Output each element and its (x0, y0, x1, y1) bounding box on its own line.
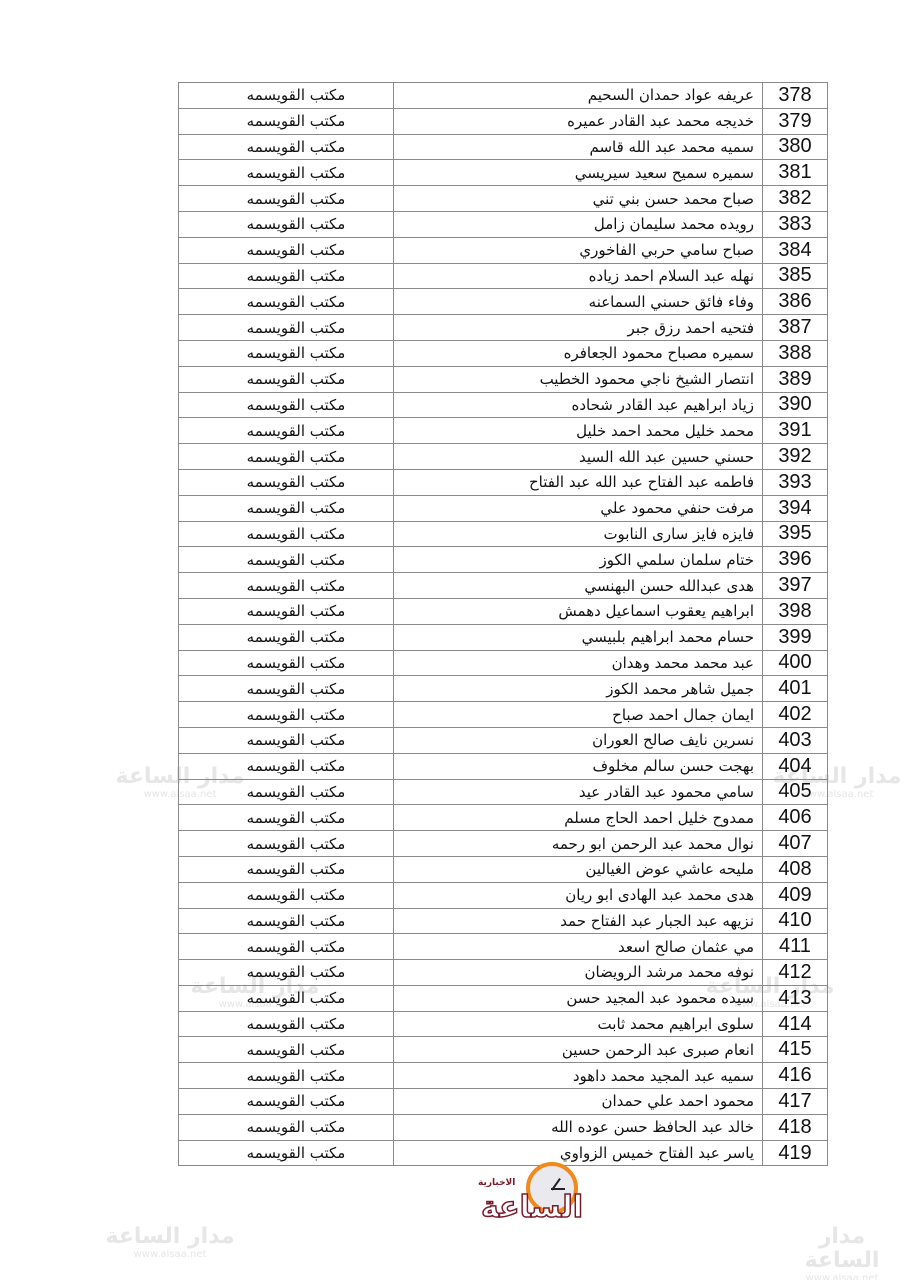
table-row: 396ختام سلمان سلمي الكوزمكتب القويسمه (179, 547, 828, 573)
office-name: مكتب القويسمه (179, 702, 394, 728)
office-name: مكتب القويسمه (179, 392, 394, 418)
table-row: 382صباح محمد حسن بني تنيمكتب القويسمه (179, 186, 828, 212)
office-name: مكتب القويسمه (179, 1089, 394, 1115)
office-name: مكتب القويسمه (179, 1011, 394, 1037)
table-row: 415انعام صبرى عبد الرحمن حسينمكتب القويس… (179, 1037, 828, 1063)
office-name: مكتب القويسمه (179, 727, 394, 753)
person-name: هدى عبدالله حسن البهنسي (394, 573, 763, 599)
row-number: 402 (763, 702, 828, 728)
row-number: 407 (763, 831, 828, 857)
office-name: مكتب القويسمه (179, 186, 394, 212)
table-row: 380سميه محمد عبد الله قاسممكتب القويسمه (179, 134, 828, 160)
row-number: 393 (763, 469, 828, 495)
table-row: 389انتصار الشيخ ناجي محمود الخطيبمكتب ال… (179, 366, 828, 392)
names-table: 378عريفه عواد حمدان السحيممكتب القويسمه3… (178, 82, 828, 1166)
office-name: مكتب القويسمه (179, 831, 394, 857)
row-number: 411 (763, 934, 828, 960)
row-number: 381 (763, 160, 828, 186)
table-row: 402ايمان جمال احمد صباحمكتب القويسمه (179, 702, 828, 728)
table-row: 403نسرين نايف صالح العورانمكتب القويسمه (179, 727, 828, 753)
office-name: مكتب القويسمه (179, 134, 394, 160)
person-name: انتصار الشيخ ناجي محمود الخطيب (394, 366, 763, 392)
site-logo: الاخبارية الساعة (472, 1160, 592, 1250)
office-name: مكتب القويسمه (179, 779, 394, 805)
row-number: 415 (763, 1037, 828, 1063)
office-name: مكتب القويسمه (179, 882, 394, 908)
row-number: 401 (763, 676, 828, 702)
person-name: خالد عبد الحافظ حسن عوده الله (394, 1114, 763, 1140)
row-number: 419 (763, 1140, 828, 1166)
table-row: 405سامي محمود عبد القادر عيدمكتب القويسم… (179, 779, 828, 805)
row-number: 379 (763, 108, 828, 134)
person-name: نوفه محمد مرشد الرويضان (394, 960, 763, 986)
table-row: 388سميره مصباح محمود الجعافرهمكتب القويس… (179, 340, 828, 366)
row-number: 388 (763, 340, 828, 366)
row-number: 378 (763, 83, 828, 109)
person-name: حسني حسين عبد الله السيد (394, 444, 763, 470)
office-name: مكتب القويسمه (179, 289, 394, 315)
row-number: 382 (763, 186, 828, 212)
person-name: محمد خليل محمد احمد خليل (394, 418, 763, 444)
row-number: 391 (763, 418, 828, 444)
office-name: مكتب القويسمه (179, 856, 394, 882)
row-number: 410 (763, 908, 828, 934)
row-number: 409 (763, 882, 828, 908)
row-number: 394 (763, 495, 828, 521)
table-row: 413سيده محمود عبد المجيد حسنمكتب القويسم… (179, 985, 828, 1011)
table-row: 408مليحه عاشي عوض الغيالينمكتب القويسمه (179, 856, 828, 882)
table-row: 401جميل شاهر محمد الكوزمكتب القويسمه (179, 676, 828, 702)
table-row: 383رويده محمد سليمان زاملمكتب القويسمه (179, 211, 828, 237)
table-row: 394مرفت حنفي محمود عليمكتب القويسمه (179, 495, 828, 521)
person-name: صباح سامي حربي الفاخوري (394, 237, 763, 263)
row-number: 380 (763, 134, 828, 160)
row-number: 418 (763, 1114, 828, 1140)
row-number: 408 (763, 856, 828, 882)
row-number: 416 (763, 1063, 828, 1089)
person-name: نهله عبد السلام احمد زياده (394, 263, 763, 289)
office-name: مكتب القويسمه (179, 366, 394, 392)
watermark-bottom-right: مدار الساعة www.alsaa.net (780, 1225, 904, 1280)
office-name: مكتب القويسمه (179, 1063, 394, 1089)
table-row: 412نوفه محمد مرشد الرويضانمكتب القويسمه (179, 960, 828, 986)
office-name: مكتب القويسمه (179, 263, 394, 289)
office-name: مكتب القويسمه (179, 108, 394, 134)
table-row: 381سميره سميح سعيد سيريسيمكتب القويسمه (179, 160, 828, 186)
row-number: 384 (763, 237, 828, 263)
table-row: 385نهله عبد السلام احمد زيادهمكتب القويس… (179, 263, 828, 289)
office-name: مكتب القويسمه (179, 960, 394, 986)
office-name: مكتب القويسمه (179, 805, 394, 831)
row-number: 387 (763, 315, 828, 341)
row-number: 399 (763, 624, 828, 650)
table-row: 384صباح سامي حربي الفاخوريمكتب القويسمه (179, 237, 828, 263)
row-number: 390 (763, 392, 828, 418)
person-name: عريفه عواد حمدان السحيم (394, 83, 763, 109)
row-number: 417 (763, 1089, 828, 1115)
office-name: مكتب القويسمه (179, 237, 394, 263)
office-name: مكتب القويسمه (179, 444, 394, 470)
table-row: 404بهجت حسن سالم مخلوفمكتب القويسمه (179, 753, 828, 779)
row-number: 395 (763, 521, 828, 547)
person-name: زياد ابراهيم عبد القادر شحاده (394, 392, 763, 418)
person-name: محمود احمد علي حمدان (394, 1089, 763, 1115)
person-name: فايزه فايز سارى النابوت (394, 521, 763, 547)
person-name: فاطمه عبد الفتاح عبد الله عبد الفتاح (394, 469, 763, 495)
table-row: 400عبد محمد محمد وهدانمكتب القويسمه (179, 650, 828, 676)
person-name: مرفت حنفي محمود علي (394, 495, 763, 521)
table-row: 418خالد عبد الحافظ حسن عوده اللهمكتب الق… (179, 1114, 828, 1140)
person-name: مي عثمان صالح اسعد (394, 934, 763, 960)
person-name: ايمان جمال احمد صباح (394, 702, 763, 728)
person-name: هدى محمد عبد الهادى ابو ريان (394, 882, 763, 908)
table-row: 416سميه عبد المجيد محمد داهودمكتب القويس… (179, 1063, 828, 1089)
table-row: 392حسني حسين عبد الله السيدمكتب القويسمه (179, 444, 828, 470)
person-name: ممدوح خليل احمد الحاج مسلم (394, 805, 763, 831)
person-name: سميه محمد عبد الله قاسم (394, 134, 763, 160)
person-name: فتحيه احمد رزق جبر (394, 315, 763, 341)
office-name: مكتب القويسمه (179, 547, 394, 573)
logo-brand: الساعة (472, 1190, 592, 1225)
person-name: سامي محمود عبد القادر عيد (394, 779, 763, 805)
office-name: مكتب القويسمه (179, 985, 394, 1011)
person-name: سميره سميح سعيد سيريسي (394, 160, 763, 186)
row-number: 396 (763, 547, 828, 573)
person-name: ابراهيم يعقوب اسماعيل دهمش (394, 598, 763, 624)
office-name: مكتب القويسمه (179, 211, 394, 237)
person-name: نزيهه عبد الجبار عبد الفتاح حمد (394, 908, 763, 934)
table-row: 379خديجه محمد عبد القادر عميرهمكتب القوي… (179, 108, 828, 134)
person-name: صباح محمد حسن بني تني (394, 186, 763, 212)
row-number: 406 (763, 805, 828, 831)
person-name: انعام صبرى عبد الرحمن حسين (394, 1037, 763, 1063)
person-name: سميه عبد المجيد محمد داهود (394, 1063, 763, 1089)
person-name: نوال محمد عبد الرحمن ابو رحمه (394, 831, 763, 857)
watermark-bottom-left: مدار الساعة www.alsaa.net (100, 1225, 240, 1260)
logo-tag: الاخبارية (478, 1178, 515, 1188)
person-name: ختام سلمان سلمي الكوز (394, 547, 763, 573)
row-number: 398 (763, 598, 828, 624)
table-row: 393فاطمه عبد الفتاح عبد الله عبد الفتاحم… (179, 469, 828, 495)
table-row: 386وفاء فائق حسني السماعنهمكتب القويسمه (179, 289, 828, 315)
person-name: عبد محمد محمد وهدان (394, 650, 763, 676)
office-name: مكتب القويسمه (179, 1140, 394, 1166)
document-page: مدار الساعة www.alsaa.net مدار الساعة ww… (0, 0, 904, 1280)
table-row: 397هدى عبدالله حسن البهنسيمكتب القويسمه (179, 573, 828, 599)
office-name: مكتب القويسمه (179, 598, 394, 624)
person-name: بهجت حسن سالم مخلوف (394, 753, 763, 779)
office-name: مكتب القويسمه (179, 624, 394, 650)
office-name: مكتب القويسمه (179, 573, 394, 599)
office-name: مكتب القويسمه (179, 83, 394, 109)
table-row: 399حسام محمد ابراهيم بلبيسيمكتب القويسمه (179, 624, 828, 650)
person-name: وفاء فائق حسني السماعنه (394, 289, 763, 315)
row-number: 413 (763, 985, 828, 1011)
person-name: مليحه عاشي عوض الغيالين (394, 856, 763, 882)
person-name: جميل شاهر محمد الكوز (394, 676, 763, 702)
table-row: 410نزيهه عبد الجبار عبد الفتاح حمدمكتب ا… (179, 908, 828, 934)
office-name: مكتب القويسمه (179, 315, 394, 341)
row-number: 389 (763, 366, 828, 392)
office-name: مكتب القويسمه (179, 934, 394, 960)
person-name: سلوى ابراهيم محمد ثابت (394, 1011, 763, 1037)
office-name: مكتب القويسمه (179, 753, 394, 779)
table-row: 398ابراهيم يعقوب اسماعيل دهمشمكتب القويس… (179, 598, 828, 624)
table-row: 407نوال محمد عبد الرحمن ابو رحمهمكتب الق… (179, 831, 828, 857)
row-number: 404 (763, 753, 828, 779)
office-name: مكتب القويسمه (179, 1114, 394, 1140)
row-number: 383 (763, 211, 828, 237)
table-row: 387فتحيه احمد رزق جبرمكتب القويسمه (179, 315, 828, 341)
row-number: 414 (763, 1011, 828, 1037)
office-name: مكتب القويسمه (179, 160, 394, 186)
table-row: 391محمد خليل محمد احمد خليلمكتب القويسمه (179, 418, 828, 444)
row-number: 397 (763, 573, 828, 599)
table-row: 417محمود احمد علي حمدانمكتب القويسمه (179, 1089, 828, 1115)
table-row: 395فايزه فايز سارى النابوتمكتب القويسمه (179, 521, 828, 547)
person-name: سميره مصباح محمود الجعافره (394, 340, 763, 366)
table-row: 406ممدوح خليل احمد الحاج مسلممكتب القويس… (179, 805, 828, 831)
office-name: مكتب القويسمه (179, 418, 394, 444)
person-name: خديجه محمد عبد القادر عميره (394, 108, 763, 134)
office-name: مكتب القويسمه (179, 495, 394, 521)
office-name: مكتب القويسمه (179, 521, 394, 547)
table-row: 378عريفه عواد حمدان السحيممكتب القويسمه (179, 83, 828, 109)
row-number: 403 (763, 727, 828, 753)
office-name: مكتب القويسمه (179, 1037, 394, 1063)
office-name: مكتب القويسمه (179, 340, 394, 366)
row-number: 386 (763, 289, 828, 315)
office-name: مكتب القويسمه (179, 650, 394, 676)
table-row: 390زياد ابراهيم عبد القادر شحادهمكتب الق… (179, 392, 828, 418)
person-name: حسام محمد ابراهيم بلبيسي (394, 624, 763, 650)
person-name: نسرين نايف صالح العوران (394, 727, 763, 753)
office-name: مكتب القويسمه (179, 908, 394, 934)
person-name: سيده محمود عبد المجيد حسن (394, 985, 763, 1011)
row-number: 405 (763, 779, 828, 805)
office-name: مكتب القويسمه (179, 469, 394, 495)
row-number: 400 (763, 650, 828, 676)
person-name: رويده محمد سليمان زامل (394, 211, 763, 237)
row-number: 385 (763, 263, 828, 289)
table-row: 409هدى محمد عبد الهادى ابو ريانمكتب القو… (179, 882, 828, 908)
table-row: 411مي عثمان صالح اسعدمكتب القويسمه (179, 934, 828, 960)
office-name: مكتب القويسمه (179, 676, 394, 702)
row-number: 392 (763, 444, 828, 470)
row-number: 412 (763, 960, 828, 986)
table-row: 414سلوى ابراهيم محمد ثابتمكتب القويسمه (179, 1011, 828, 1037)
